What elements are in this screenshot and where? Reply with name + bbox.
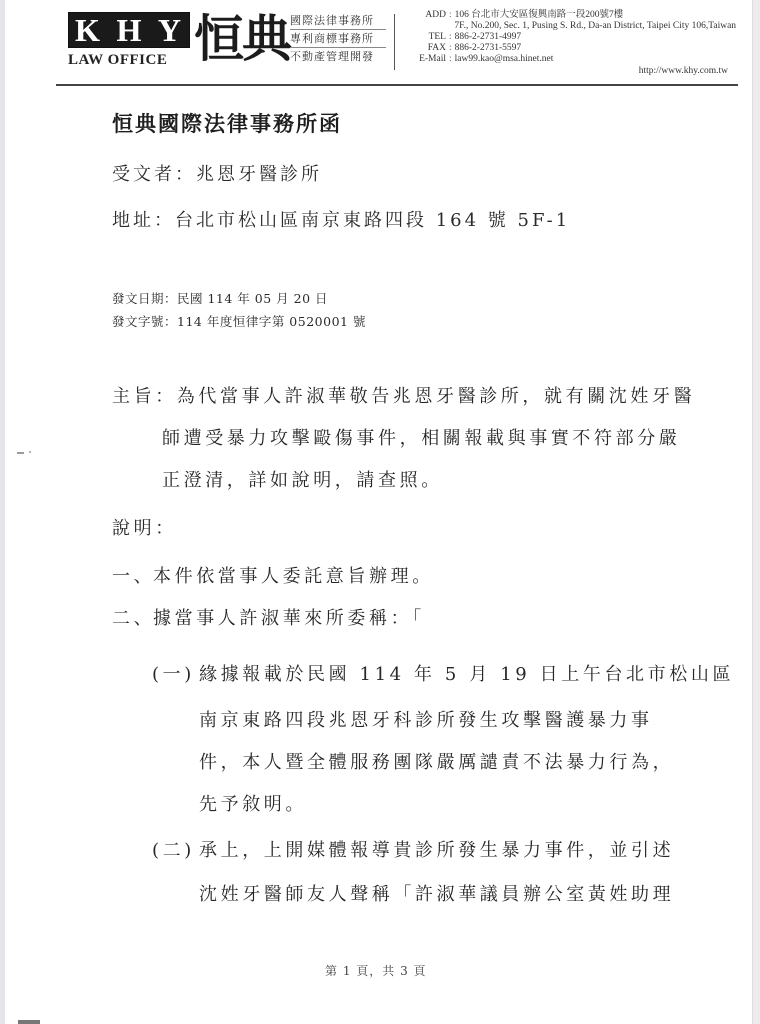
reference-number: 發文字號：114 年度恒律字第 0520001 號 (112, 312, 366, 330)
contact-info: ADD:106 台北市大安區復興南路一段200號7樓 7F., No.200, … (398, 10, 738, 65)
tel-value: 886-2-2731-4997 (455, 32, 522, 43)
document-title: 恒典國際法律事務所函 (112, 108, 342, 138)
services-list: 國際法律事務所 專利商標事務所 不動產管理開發 (290, 12, 386, 65)
subitem-line: 承上，上開媒體報導貴診所發生暴力事件，並引述 (199, 836, 674, 862)
explanation-heading: 說明： (112, 514, 177, 540)
address-en: 7F., No.200, Sec. 1, Pusing S. Rd., Da-a… (454, 21, 736, 32)
service-item: 不動產管理開發 (290, 48, 386, 65)
fax-label: FAX (398, 43, 449, 54)
email-label: E-Mail (398, 54, 449, 65)
recipient-address: 地址：台北市松山區南京東路四段 164 號 5F-1 (112, 206, 570, 232)
recipient: 受文者：兆恩牙醫診所 (112, 160, 322, 186)
subitem-label: (二) (152, 836, 195, 862)
divider (394, 14, 395, 70)
email-value: law99.kao@msa.hinet.net (455, 54, 554, 65)
item-text: 本件依當事人委託意旨辦理。 (153, 562, 434, 588)
page-edge-left (0, 0, 5, 1024)
subitem-label: (一) (152, 660, 195, 686)
service-item: 國際法律事務所 (290, 12, 386, 30)
subject-line: 正澄清，詳如說明，請查照。 (162, 466, 443, 492)
website-url: http://www.khy.com.tw (639, 66, 728, 76)
address-label: ADD (398, 10, 449, 21)
subitem-line: 先予敘明。 (199, 790, 307, 816)
item-label: 一、 (112, 562, 155, 588)
item-label: 二、 (112, 604, 155, 630)
logo-letter-h: H (116, 13, 143, 47)
subitem-line: 沈姓牙醫師友人聲稱「許淑華議員辦公室黃姓助理 (199, 880, 674, 906)
logo-letter-y: Y (158, 13, 183, 47)
scan-speck (29, 451, 31, 453)
address-cn: 106 台北市大安區復興南路一段200號7樓 (455, 10, 624, 21)
header-rule (56, 84, 738, 86)
scan-mark (18, 1020, 40, 1024)
service-item: 專利商標事務所 (290, 30, 386, 48)
subitem-line: 件，本人暨全體服務團隊嚴厲譴責不法暴力行為， (199, 748, 674, 774)
fax-value: 886-2-2731-5597 (455, 43, 522, 54)
scrollbar-track[interactable] (752, 0, 760, 1024)
item-text: 據當事人許淑華來所委稱：「 (153, 604, 425, 630)
logo-chinese-name: 恒典 (194, 8, 290, 70)
subitem-line: 緣據報載於民國 114 年 5 月 19 日上午台北市松山區 (199, 660, 734, 686)
subject-line: 師遭受暴力攻擊毆傷事件，相關報載與事實不符部分嚴 (162, 424, 680, 450)
logo-subtitle: LAW OFFICE (68, 52, 190, 69)
logo: K H Y LAW OFFICE (68, 12, 190, 69)
logo-khy-mark: K H Y (68, 12, 190, 48)
subject-line: 主旨：為代當事人許淑華敬告兆恩牙醫診所，就有關沈姓牙醫 (112, 382, 695, 408)
issue-date: 發文日期：民國 114 年 05 月 20 日 (112, 289, 328, 307)
letterhead: K H Y LAW OFFICE 恒典 國際法律事務所 專利商標事務所 不動產管… (68, 8, 740, 80)
page-number: 第 1 頁，共 3 頁 (325, 962, 427, 979)
scan-speck (17, 452, 24, 454)
subitem-line: 南京東路四段兆恩牙科診所發生攻擊醫護暴力事 (199, 706, 653, 732)
tel-label: TEL (398, 32, 449, 43)
logo-letter-k: K (75, 13, 102, 47)
